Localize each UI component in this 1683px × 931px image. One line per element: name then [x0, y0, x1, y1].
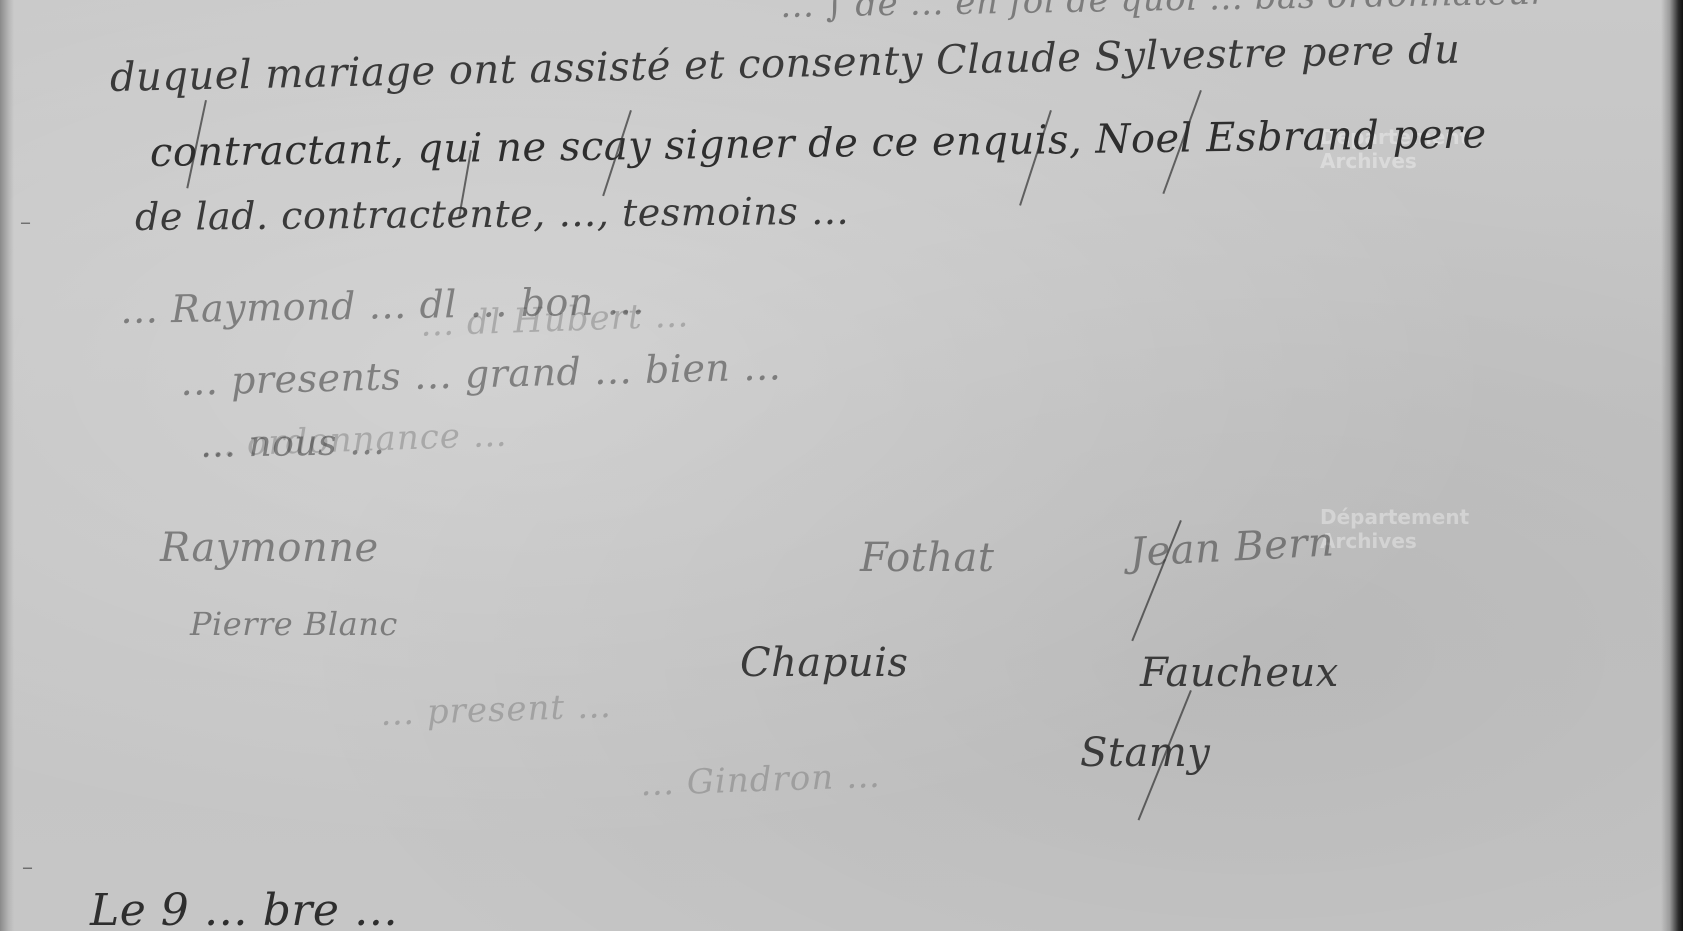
signature: Stamy	[1080, 730, 1210, 776]
left-page-edge	[0, 0, 14, 931]
bleed-through-text: … Gindron …	[639, 756, 881, 804]
handwritten-line: de lad. contractente, …, tesmoins …	[135, 189, 850, 239]
signature: Raymonne	[160, 525, 379, 571]
right-page-edge	[1661, 0, 1683, 931]
bleed-through-text: … present …	[379, 686, 612, 734]
signature: Faucheux	[1140, 650, 1339, 696]
handwritten-line: contractant, qui ne scay signer de ce en…	[150, 111, 1487, 176]
handwritten-line: … Raymond … dl … bon …	[120, 279, 646, 332]
signature: Chapuis	[740, 640, 908, 686]
signature: Pierre Blanc	[190, 605, 398, 643]
signature: Fothat	[860, 535, 994, 581]
scanned-document-page: … ordonnance … … dl Hubert … … present ……	[0, 0, 1683, 931]
handwritten-line: … nous …	[200, 422, 386, 466]
handwritten-line: … presents … grand … bien …	[179, 344, 782, 404]
archive-watermark: DépartementArchives	[1320, 505, 1469, 553]
handwritten-line-partial: Le 9 … bre …	[90, 885, 398, 931]
margin-mark: –	[20, 210, 31, 235]
handwritten-line: … ∫ de … en foi de quoi … bas ordonnateu…	[780, 0, 1548, 26]
handwritten-line: duquel mariage ont assisté et consenty C…	[110, 27, 1461, 101]
margin-mark: –	[22, 855, 33, 880]
